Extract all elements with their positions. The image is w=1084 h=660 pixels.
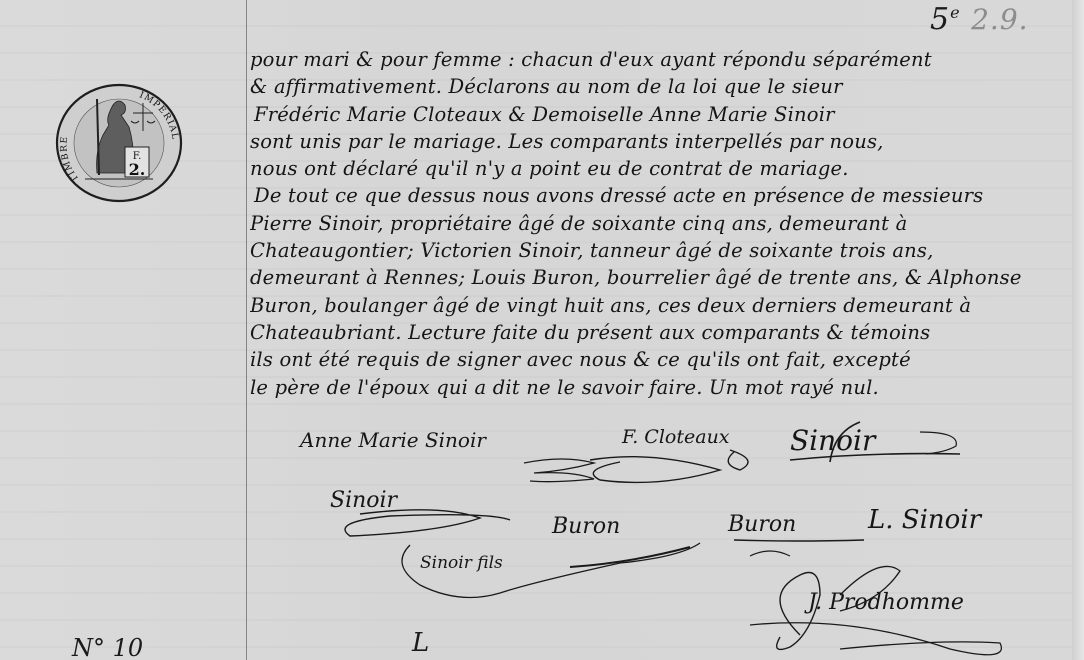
signature-flourish [730,536,870,566]
folio-pencil: 2.9. [971,3,1028,36]
folio-number: 5e 2.9. [930,2,1029,37]
text-line: Pierre Sinoir, propriétaire âgé de soixa… [250,210,1065,237]
text-line: pour mari & pour femme : chacun d'eux ay… [250,46,1065,73]
text-line: Buron, boulanger âgé de vingt huit ans, … [250,292,1065,319]
text-line: nous ont déclaré qu'il n'y a point eu de… [250,155,1065,182]
marriage-record-text: pour mari & pour femme : chacun d'eux ay… [250,46,1065,401]
text-line: Chateaubriant. Lecture faite du présent … [250,319,1065,346]
signature-sinoir-fils: Sinoir fils [420,553,503,573]
signature-buron-2: Buron [728,512,796,537]
text-line: De tout ce que dessus nous avons dressé … [250,182,1065,209]
text-line: Frédéric Marie Cloteaux & Demoiselle Ann… [250,101,1065,128]
signature-flourish [520,455,600,483]
margin-rule [246,0,247,660]
signature-sinoir-2: Sinoir [330,488,397,513]
svg-text:2.: 2. [129,160,146,179]
signature-sinoir-1: Sinoir [790,424,875,457]
signature-officer: J. Prodhomme [808,590,964,615]
signature-l-sinoir: L. Sinoir [868,505,981,535]
text-line: Chateaugontier; Victorien Sinoir, tanneu… [250,237,1065,264]
text-line: le père de l'époux qui a dit ne le savoi… [250,374,1065,401]
text-line: demeurant à Rennes; Louis Buron, bourrel… [250,264,1065,291]
text-line: ils ont été requis de signer avec nous &… [250,346,1065,373]
imperial-stamp: F. 2. TIMBRE IMPERIAL [55,83,183,203]
page-edge [1072,0,1084,660]
stamp-seal-icon: F. 2. TIMBRE IMPERIAL [55,83,183,203]
signature-flourish [580,440,810,495]
next-entry-number: N° 10 [72,634,143,660]
text-line: & affirmativement. Déclarons au nom de l… [250,73,1065,100]
folio-superscript: e [950,3,960,22]
signature-anne-marie-sinoir: Anne Marie Sinoir [300,428,486,452]
register-page: 5e 2.9. F. 2. TIMBRE [0,0,1084,660]
text-line: sont unis par le mariage. Les comparants… [250,128,1065,155]
next-entry-start: L [412,628,429,658]
signature-buron-1: Buron [552,514,620,539]
signature-f-cloteaux: F. Cloteaux [622,426,730,448]
folio-ink: 5 [930,2,950,37]
